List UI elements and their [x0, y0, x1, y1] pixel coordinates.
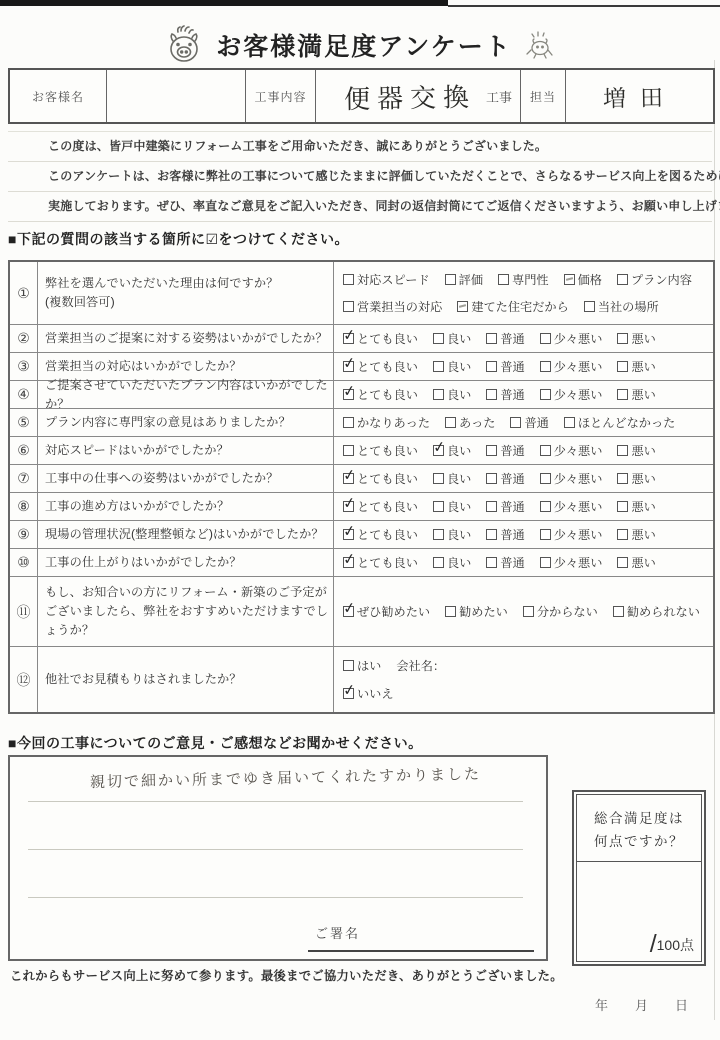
checkbox-icon: [540, 473, 551, 484]
checkbox-option[interactable]: 普通: [486, 386, 524, 403]
checkbox-icon: [343, 301, 354, 312]
option-label: 悪い: [631, 442, 655, 459]
survey-page: お客様満足度アンケート お客様名 工事内容: [0, 0, 720, 1040]
overall-score-question-line1: 総合満足度は: [594, 807, 684, 827]
signature-line[interactable]: [308, 950, 534, 952]
question-number: ⑨: [10, 521, 38, 548]
checkbox-icon: [617, 473, 628, 484]
question-row: ⑥対応スピードはいかがでしたか？とても良い✓良い普通少々悪い悪い: [10, 436, 713, 464]
checkbox-option[interactable]: 当社の場所: [584, 298, 659, 315]
checkbox-icon: [486, 389, 497, 400]
option-label: 悪い: [631, 330, 655, 347]
question-number: ⑦: [10, 465, 38, 492]
option-label: 少々悪い: [554, 554, 603, 571]
checkbox-icon: [540, 557, 551, 568]
option-label: 普通: [500, 470, 524, 487]
checkbox-icon: [486, 361, 497, 372]
checkbox-icon: [540, 389, 551, 400]
check-mark: ✓: [342, 325, 357, 345]
options-line: ✓とても良い良い普通少々悪い悪い: [343, 358, 711, 375]
options-line: ✓とても良い良い普通少々悪い悪い: [343, 498, 711, 515]
overall-score-question-line2: 何点ですか？: [594, 830, 684, 850]
checkbox-option[interactable]: 普通: [486, 498, 524, 515]
options-line: 対応スピード評価専門性価格プラン内容: [343, 271, 711, 288]
options-line: ✓とても良い良い普通少々悪い悪い: [343, 554, 711, 571]
checkbox-icon: ✓: [433, 445, 444, 456]
options-line: かなりあったあった普通ほとんどなかった: [343, 414, 711, 431]
checkbox-icon: [486, 473, 497, 484]
option-label: 普通: [524, 414, 548, 431]
checkbox-icon: [343, 445, 354, 456]
question-note: (複数回答可): [45, 293, 329, 312]
checkbox-icon: [540, 361, 551, 372]
question-number: ⑥: [10, 437, 38, 464]
checkbox-option[interactable]: 普通: [486, 330, 524, 347]
checkbox-icon: [486, 333, 497, 344]
checkbox-icon: [617, 445, 628, 456]
faint-pencil-mark: [565, 278, 572, 282]
options-cell: ✓とても良い良い普通少々悪い悪い: [334, 381, 713, 408]
option-label: ほとんどなかった: [578, 414, 676, 431]
overall-score-inner-border: 総合満足度は 何点ですか？ / 100点: [576, 794, 702, 962]
option-label: 価格: [578, 271, 602, 288]
question-number: ⑫: [10, 647, 38, 712]
question-text: 対応スピードはいかがでしたか？: [45, 441, 329, 460]
question-number: ③: [10, 353, 38, 380]
option-label: とても良い: [357, 442, 418, 459]
checkbox-icon: [523, 606, 534, 617]
checkbox-icon: [584, 301, 595, 312]
checkbox-icon: ✓: [343, 501, 354, 512]
option-label: とても良い: [357, 386, 418, 403]
checkbox-option[interactable]: とても良い: [343, 442, 418, 459]
checkbox-option[interactable]: 悪い: [617, 554, 655, 571]
option-label: 評価: [459, 271, 483, 288]
checkbox-option[interactable]: プラン内容: [617, 271, 692, 288]
option-label: 悪い: [631, 498, 655, 515]
options-line: 営業担当の対応建てた住宅だから当社の場所: [343, 298, 711, 315]
option-label: プラン内容: [631, 271, 692, 288]
checkbox-option[interactable]: ✓とても良い: [343, 330, 418, 347]
checkbox-icon: [433, 557, 444, 568]
signature-label: ご署名: [315, 923, 360, 942]
checkbox-icon: [540, 445, 551, 456]
checkbox-icon: [613, 606, 624, 617]
option-label: とても良い: [357, 526, 418, 543]
checkbox-option[interactable]: ✓とても良い: [343, 526, 418, 543]
page-title: お客様満足度アンケート: [216, 27, 512, 63]
checkbox-icon: [445, 606, 456, 617]
option-label: 悪い: [631, 470, 655, 487]
date-month-label: 月: [635, 995, 648, 1014]
intro-line: この度は、皆戸中建築にリフォーム工事をご用命いただき、誠にありがとうございました…: [8, 132, 712, 162]
checkbox-option[interactable]: 少々悪い: [540, 526, 603, 543]
staff-label-cell: 担当: [521, 70, 566, 122]
question-text-cell: 現場の管理状況(整理整頓など)はいかがでしたか？: [38, 521, 334, 548]
checkbox-option[interactable]: ✓良い: [433, 442, 471, 459]
checkbox-icon: [486, 445, 497, 456]
work-content-label: 工事内容: [254, 88, 306, 105]
question-text-cell: 対応スピードはいかがでしたか？: [38, 437, 334, 464]
checkbox-icon: [564, 417, 575, 428]
score-entry-area[interactable]: / 100点: [650, 933, 694, 955]
checkbox-option[interactable]: 普通: [486, 470, 524, 487]
question-text: プラン内容に専門家の意見はありましたか？: [45, 413, 329, 432]
option-label: 少々悪い: [554, 498, 603, 515]
option-label: 勧められない: [627, 603, 700, 620]
question-text-cell: 工事の仕上がりはいかがでしたか？: [38, 549, 334, 576]
checkbox-icon: [540, 501, 551, 512]
options-line: ✓とても良い良い普通少々悪い悪い: [343, 330, 711, 347]
checkbox-icon: ✓: [343, 389, 354, 400]
check-mark: ✓: [342, 521, 357, 541]
checkbox-icon: [433, 473, 444, 484]
work-content-value-cell[interactable]: 便器交換 工事: [316, 70, 521, 122]
question-text: 営業担当の対応はいかがでしたか？: [45, 357, 329, 376]
handwritten-comment: 親切で細かい所までゆき届いてくれたすかりました: [90, 763, 481, 792]
comment-box[interactable]: 親切で細かい所までゆき届いてくれたすかりました ご署名: [8, 755, 548, 961]
option-label: 少々悪い: [554, 526, 603, 543]
option-label: 勧めたい: [459, 603, 508, 620]
comment-rule-line: [28, 897, 523, 898]
question-number: ⑩: [10, 549, 38, 576]
check-mark: ✓: [342, 381, 357, 401]
checkbox-option[interactable]: 普通: [510, 414, 548, 431]
checkbox-option[interactable]: 悪い: [617, 526, 655, 543]
question-row: ⑩工事の仕上がりはいかがでしたか？✓とても良い良い普通少々悪い悪い: [10, 548, 713, 576]
header: お客様満足度アンケート: [0, 24, 720, 66]
survey-section-heading: ■下記の質問の該当する箇所に☑をつけてください。: [8, 229, 349, 249]
checkbox-option[interactable]: ほとんどなかった: [564, 414, 676, 431]
check-mark: ✓: [342, 493, 357, 513]
options-cell: ✓ぜひ勧めたい勧めたい分からない勧められない: [334, 577, 713, 646]
question-number: ②: [10, 325, 38, 352]
checkbox-option[interactable]: 勧めたい: [445, 603, 508, 620]
checkbox-option[interactable]: 良い: [433, 526, 471, 543]
checkbox-option[interactable]: 建てた住宅だから: [457, 298, 569, 315]
faint-pencil-mark: [459, 304, 466, 308]
customer-name-label: お客様名: [32, 88, 84, 105]
intro-paragraph: この度は、皆戸中建築にリフォーム工事をご用命いただき、誠にありがとうございました…: [8, 131, 712, 222]
option-label: とても良い: [357, 330, 418, 347]
pig-face-icon: [166, 25, 202, 65]
options-cell: ✓とても良い良い普通少々悪い悪い: [334, 353, 713, 380]
checkbox-icon: ✓: [343, 606, 354, 617]
checkbox-icon: [617, 529, 628, 540]
question-text: 他社でお見積もりはされましたか？: [45, 670, 329, 689]
option-label: 悪い: [631, 386, 655, 403]
overall-score-question: 総合満足度は 何点ですか？: [577, 795, 701, 862]
checkbox-icon: [617, 333, 628, 344]
overall-score-box: 総合満足度は 何点ですか？ / 100点: [572, 790, 706, 966]
checkbox-option[interactable]: かなりあった: [343, 414, 430, 431]
customer-name-label-cell: お客様名: [10, 70, 107, 122]
checkbox-icon: [486, 501, 497, 512]
checkbox-icon: ✓: [343, 557, 354, 568]
checkbox-option[interactable]: 対応スピード: [343, 271, 430, 288]
option-label: 当社の場所: [598, 298, 659, 315]
option-label: 普通: [500, 442, 524, 459]
checkbox-option[interactable]: 普通: [486, 526, 524, 543]
question-text-cell: 工事中の仕事への姿勢はいかがでしたか？: [38, 465, 334, 492]
option-label: はい: [357, 657, 381, 674]
question-table: ①弊社を選んでいただいた理由は何ですか？(複数回答可)対応スピード評価専門性価格…: [8, 260, 715, 714]
checkbox-icon: ✓: [343, 333, 354, 344]
question-row: ④ご提案させていただいたプラン内容はいかがでしたか？✓とても良い良い普通少々悪い…: [10, 380, 713, 408]
checkbox-option[interactable]: 少々悪い: [540, 554, 603, 571]
option-label: 良い: [447, 386, 471, 403]
option-label: 良い: [447, 442, 471, 459]
options-cell: ✓とても良い良い普通少々悪い悪い: [334, 549, 713, 576]
check-mark: ✓: [342, 465, 357, 485]
checkbox-option[interactable]: ✓とても良い: [343, 554, 418, 571]
option-label: 普通: [500, 554, 524, 571]
checkbox-icon: [433, 333, 444, 344]
option-label: 営業担当の対応: [357, 298, 442, 315]
checkbox-icon: [343, 274, 354, 285]
question-number: ④: [10, 381, 38, 408]
option-label: 建てた住宅だから: [471, 298, 569, 315]
check-mark: ✓: [342, 598, 357, 618]
intro-line: 実施しております。ぜひ、率直なご意見をご記入いただき、同封の返信封筒にてご返信く…: [8, 192, 712, 222]
customer-name-input-cell[interactable]: [107, 70, 246, 122]
option-label: 普通: [500, 386, 524, 403]
option-label: 対応スピード: [357, 271, 430, 288]
checkbox-option[interactable]: 少々悪い: [540, 470, 603, 487]
options-cell: ✓とても良い良い普通少々悪い悪い: [334, 325, 713, 352]
option-label: 普通: [500, 526, 524, 543]
checkbox-option[interactable]: 価格: [564, 271, 602, 288]
checkbox-icon: ✓: [343, 361, 354, 372]
checkbox-option[interactable]: 少々悪い: [540, 442, 603, 459]
date-fields[interactable]: 年 月 日: [595, 995, 688, 1014]
check-mark: ✓: [342, 680, 357, 700]
checkbox-icon: [445, 417, 456, 428]
question-row: ②営業担当のご提案に対する姿勢はいかがでしたか？✓とても良い良い普通少々悪い悪い: [10, 324, 713, 352]
checkbox-option[interactable]: ✓いいえ: [343, 685, 394, 702]
date-day-label: 日: [675, 995, 688, 1014]
comment-rule-line: [28, 801, 523, 802]
option-extra-label: 会社名：: [396, 657, 445, 674]
checkbox-option[interactable]: 普通: [486, 442, 524, 459]
options-cell: はい会社名：✓いいえ: [334, 647, 713, 712]
option-label: かなりあった: [357, 414, 430, 431]
options-cell: とても良い✓良い普通少々悪い悪い: [334, 437, 713, 464]
option-label: 良い: [447, 498, 471, 515]
checkbox-icon: [617, 389, 628, 400]
checkbox-icon: [433, 529, 444, 540]
checkbox-option[interactable]: 悪い: [617, 358, 655, 375]
option-label: 悪い: [631, 358, 655, 375]
checkbox-icon: [617, 501, 628, 512]
checkbox-option[interactable]: 普通: [486, 358, 524, 375]
question-text-cell: 他社でお見積もりはされましたか？: [38, 647, 334, 712]
checkbox-icon: [540, 333, 551, 344]
option-label: とても良い: [357, 470, 418, 487]
question-text-cell: ご提案させていただいたプラン内容はいかがでしたか？: [38, 381, 334, 408]
info-table: お客様名 工事内容 便器交換 工事 担当 増田: [8, 68, 715, 124]
checkbox-icon: [540, 529, 551, 540]
checkbox-option[interactable]: 少々悪い: [540, 386, 603, 403]
question-text-cell: プラン内容に専門家の意見はありましたか？: [38, 409, 334, 436]
score-slash: /: [650, 933, 657, 955]
checkbox-option[interactable]: 悪い: [617, 442, 655, 459]
options-line: ✓とても良い良い普通少々悪い悪い: [343, 470, 711, 487]
options-cell: ✓とても良い良い普通少々悪い悪い: [334, 465, 713, 492]
checkbox-icon: [617, 274, 628, 285]
checkbox-icon: [343, 660, 354, 671]
scan-artifact-top: [0, 0, 448, 6]
question-text: もし、お知合いの方にリフォーム・新築のご予定がございましたら、弊社をおすすめいた…: [45, 583, 329, 640]
checkbox-option[interactable]: 営業担当の対応: [343, 298, 442, 315]
staff-value-cell[interactable]: 増田: [566, 70, 713, 122]
checkbox-icon: [433, 361, 444, 372]
checkbox-icon: [457, 301, 468, 312]
question-number: ⑤: [10, 409, 38, 436]
question-text-cell: 営業担当のご提案に対する姿勢はいかがでしたか？: [38, 325, 334, 352]
checkbox-option[interactable]: はい: [343, 657, 381, 674]
options-cell: ✓とても良い良い普通少々悪い悪い: [334, 493, 713, 520]
option-label: 普通: [500, 358, 524, 375]
checkbox-icon: [617, 557, 628, 568]
option-label: あった: [459, 414, 495, 431]
checkbox-option[interactable]: 勧められない: [613, 603, 700, 620]
question-row: ⑨現場の管理状況(整理整頓など)はいかがでしたか？✓とても良い良い普通少々悪い悪…: [10, 520, 713, 548]
options-line: ✓とても良い良い普通少々悪い悪い: [343, 386, 711, 403]
question-text: 営業担当のご提案に対する姿勢はいかがでしたか？: [45, 329, 329, 348]
checkbox-option[interactable]: 専門性: [498, 271, 549, 288]
checkbox-option[interactable]: 少々悪い: [540, 358, 603, 375]
checkbox-option[interactable]: 少々悪い: [540, 330, 603, 347]
work-suffix-label: 工事: [486, 87, 512, 106]
checkbox-option[interactable]: 良い: [433, 498, 471, 515]
option-label: 普通: [500, 498, 524, 515]
question-number: ⑧: [10, 493, 38, 520]
option-label: 少々悪い: [554, 442, 603, 459]
options-cell: かなりあったあった普通ほとんどなかった: [334, 409, 713, 436]
option-label: とても良い: [357, 358, 418, 375]
checkbox-icon: [486, 529, 497, 540]
question-text-cell: 工事の進め方はいかがでしたか？: [38, 493, 334, 520]
comment-rule-line: [28, 849, 523, 850]
question-text: 工事中の仕事への姿勢はいかがでしたか？: [45, 469, 329, 488]
checkbox-option[interactable]: ✓とても良い: [343, 470, 418, 487]
scan-artifact-top-right: [448, 5, 720, 7]
option-label: 少々悪い: [554, 470, 603, 487]
question-text: 現場の管理状況(整理整頓など)はいかがでしたか？: [45, 525, 329, 544]
option-label: 良い: [447, 554, 471, 571]
option-label: 専門性: [512, 271, 549, 288]
question-text: 工事の仕上がりはいかがでしたか？: [45, 553, 329, 572]
checkbox-option[interactable]: 悪い: [617, 330, 655, 347]
question-text-cell: 弊社を選んでいただいた理由は何ですか？(複数回答可): [38, 262, 334, 324]
option-label: 悪い: [631, 554, 655, 571]
checkbox-option[interactable]: ✓ぜひ勧めたい: [343, 603, 430, 620]
question-number: ⑪: [10, 577, 38, 646]
question-row: ⑪もし、お知合いの方にリフォーム・新築のご予定がございましたら、弊社をおすすめい…: [10, 576, 713, 646]
checkbox-option[interactable]: 良い: [433, 358, 471, 375]
options-line: ✓とても良い良い普通少々悪い悪い: [343, 526, 711, 543]
options-cell: ✓とても良い良い普通少々悪い悪い: [334, 521, 713, 548]
checkbox-option[interactable]: 評価: [445, 271, 483, 288]
option-label: ぜひ勧めたい: [357, 603, 430, 620]
checkbox-icon: ✓: [343, 688, 354, 699]
check-mark: ✓: [342, 549, 357, 569]
option-label: 良い: [447, 470, 471, 487]
work-content-label-cell: 工事内容: [246, 70, 316, 122]
checkbox-icon: [617, 361, 628, 372]
option-label: 良い: [447, 358, 471, 375]
question-number: ①: [10, 262, 38, 324]
checkbox-option[interactable]: ✓とても良い: [343, 358, 418, 375]
checkbox-icon: [498, 274, 509, 285]
question-row: ⑧工事の進め方はいかがでしたか？✓とても良い良い普通少々悪い悪い: [10, 492, 713, 520]
checkbox-option[interactable]: 良い: [433, 386, 471, 403]
checkbox-option[interactable]: 普通: [486, 554, 524, 571]
comments-section-heading: ■今回の工事についてのご意見・ご感想などお聞かせください。: [8, 733, 423, 753]
question-text: 工事の進め方はいかがでしたか？: [45, 497, 329, 516]
small-pig-icon: [526, 30, 554, 60]
checkbox-option[interactable]: 悪い: [617, 470, 655, 487]
check-mark: ✓: [432, 437, 447, 457]
question-row: ⑤プラン内容に専門家の意見はありましたか？かなりあったあった普通ほとんどなかった: [10, 408, 713, 436]
checkbox-icon: [564, 274, 575, 285]
check-mark: ✓: [342, 353, 357, 373]
checkbox-option[interactable]: ✓とても良い: [343, 386, 418, 403]
question-text-cell: もし、お知合いの方にリフォーム・新築のご予定がございましたら、弊社をおすすめいた…: [38, 577, 334, 646]
checkbox-icon: [343, 417, 354, 428]
option-label: とても良い: [357, 498, 418, 515]
checkbox-option[interactable]: 悪い: [617, 498, 655, 515]
option-label: いいえ: [357, 685, 394, 702]
checkbox-option[interactable]: 良い: [433, 330, 471, 347]
intro-line: このアンケートは、お客様に弊社の工事について感じたままに評価していただくことで、…: [8, 162, 712, 192]
option-label: 少々悪い: [554, 386, 603, 403]
option-label: 普通: [500, 330, 524, 347]
question-text: 弊社を選んでいただいた理由は何ですか？: [45, 274, 329, 293]
staff-label: 担当: [530, 88, 556, 105]
checkbox-option[interactable]: 良い: [433, 470, 471, 487]
option-label: 悪い: [631, 526, 655, 543]
question-row: ⑦工事中の仕事への姿勢はいかがでしたか？✓とても良い良い普通少々悪い悪い: [10, 464, 713, 492]
checkbox-option[interactable]: ✓とても良い: [343, 498, 418, 515]
checkbox-option[interactable]: 分からない: [523, 603, 598, 620]
option-label: とても良い: [357, 554, 418, 571]
question-row: ①弊社を選んでいただいた理由は何ですか？(複数回答可)対応スピード評価専門性価格…: [10, 262, 713, 324]
work-content-handwritten-value: 便器交換: [344, 76, 487, 115]
checkbox-icon: [486, 557, 497, 568]
checkbox-icon: [445, 274, 456, 285]
option-label: 良い: [447, 330, 471, 347]
date-year-label: 年: [595, 995, 608, 1014]
checkbox-option[interactable]: 良い: [433, 554, 471, 571]
option-label: 少々悪い: [554, 330, 603, 347]
checkbox-option[interactable]: 少々悪い: [540, 498, 603, 515]
checkbox-option[interactable]: あった: [445, 414, 495, 431]
checkbox-option[interactable]: 悪い: [617, 386, 655, 403]
question-row: ⑫他社でお見積もりはされましたか？はい会社名：✓いいえ: [10, 646, 713, 712]
options-line: はい会社名：: [343, 657, 711, 674]
option-label: 良い: [447, 526, 471, 543]
options-line: とても良い✓良い普通少々悪い悪い: [343, 442, 711, 459]
score-max-label: 100点: [657, 935, 694, 955]
checkbox-icon: [433, 389, 444, 400]
options-line: ✓いいえ: [343, 685, 711, 702]
option-label: 分からない: [537, 603, 598, 620]
staff-handwritten-value: 増田: [602, 79, 677, 113]
checkbox-icon: [510, 417, 521, 428]
options-line: ✓ぜひ勧めたい勧めたい分からない勧められない: [343, 603, 711, 620]
